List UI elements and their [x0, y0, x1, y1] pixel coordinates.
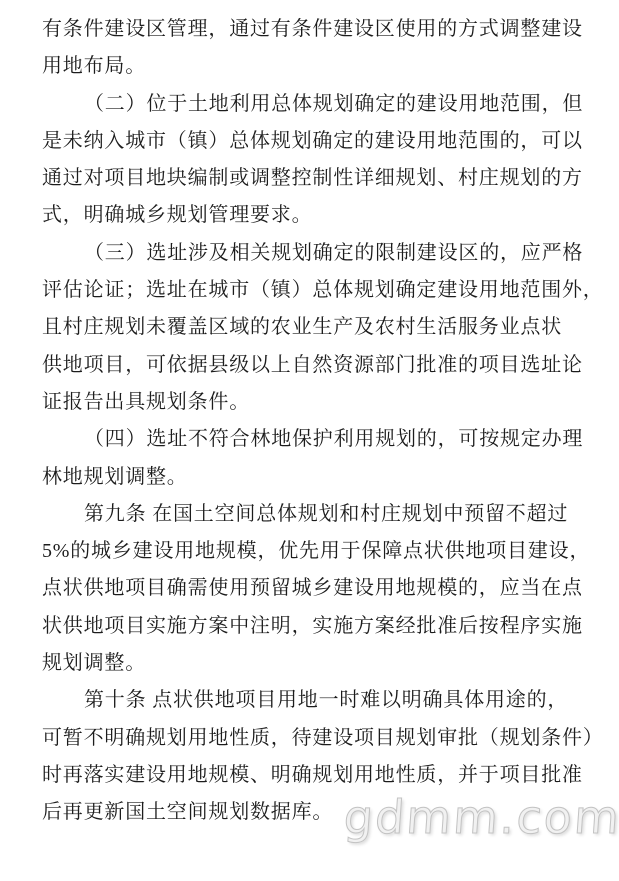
- text-line: 供地项目，可依据县级以上自然资源部门批准的项目选址论: [42, 347, 577, 384]
- text-line: 通过对项目地块编制或调整控制性详细规划、村庄规划的方: [42, 160, 577, 197]
- text-line: 规划调整。: [42, 645, 577, 682]
- text-line: 5%的城乡建设用地规模，优先用于保障点状供地项目建设，: [42, 533, 577, 570]
- text-line: 有条件建设区管理，通过有条件建设区使用的方式调整建设: [42, 11, 577, 48]
- text-line: 时再落实建设用地规模、明确规划用地性质，并于项目批准: [42, 757, 577, 794]
- document-body: 有条件建设区管理，通过有条件建设区使用的方式调整建设用地布局。（二）位于土地利用…: [42, 11, 577, 832]
- text-line: 点状供地项目确需使用预留城乡建设用地规模的，应当在点: [42, 570, 577, 607]
- text-line: 第九条 在国土空间总体规划和村庄规划中预留不超过: [42, 496, 577, 533]
- text-line: （四）选址不符合林地保护利用规划的，可按规定办理: [42, 421, 577, 458]
- text-line: 式，明确城乡规划管理要求。: [42, 197, 577, 234]
- page-root: { "colors": { "background": "#ffffff", "…: [0, 0, 619, 881]
- watermark: gdmm.com: [342, 790, 619, 844]
- text-line: 且村庄规划未覆盖区域的农业生产及农村生活服务业点状: [42, 309, 577, 346]
- text-line: （三）选址涉及相关规划确定的限制建设区的，应严格: [42, 235, 577, 272]
- text-line: 评估论证；选址在城市（镇）总体规划确定建设用地范围外，: [42, 272, 577, 309]
- text-line: 是未纳入城市（镇）总体规划确定的建设用地范围的，可以: [42, 123, 577, 160]
- text-line: 证报告出具规划条件。: [42, 384, 577, 421]
- text-line: 第十条 点状供地项目用地一时难以明确具体用途的，: [42, 682, 577, 719]
- text-line: 用地布局。: [42, 48, 577, 85]
- text-line: 状供地项目实施方案中注明，实施方案经批准后按程序实施: [42, 608, 577, 645]
- text-line: （二）位于土地利用总体规划确定的建设用地范围，但: [42, 86, 577, 123]
- text-line: 可暂不明确规划用地性质，待建设项目规划审批（规划条件）: [42, 720, 577, 757]
- text-line: 林地规划调整。: [42, 459, 577, 496]
